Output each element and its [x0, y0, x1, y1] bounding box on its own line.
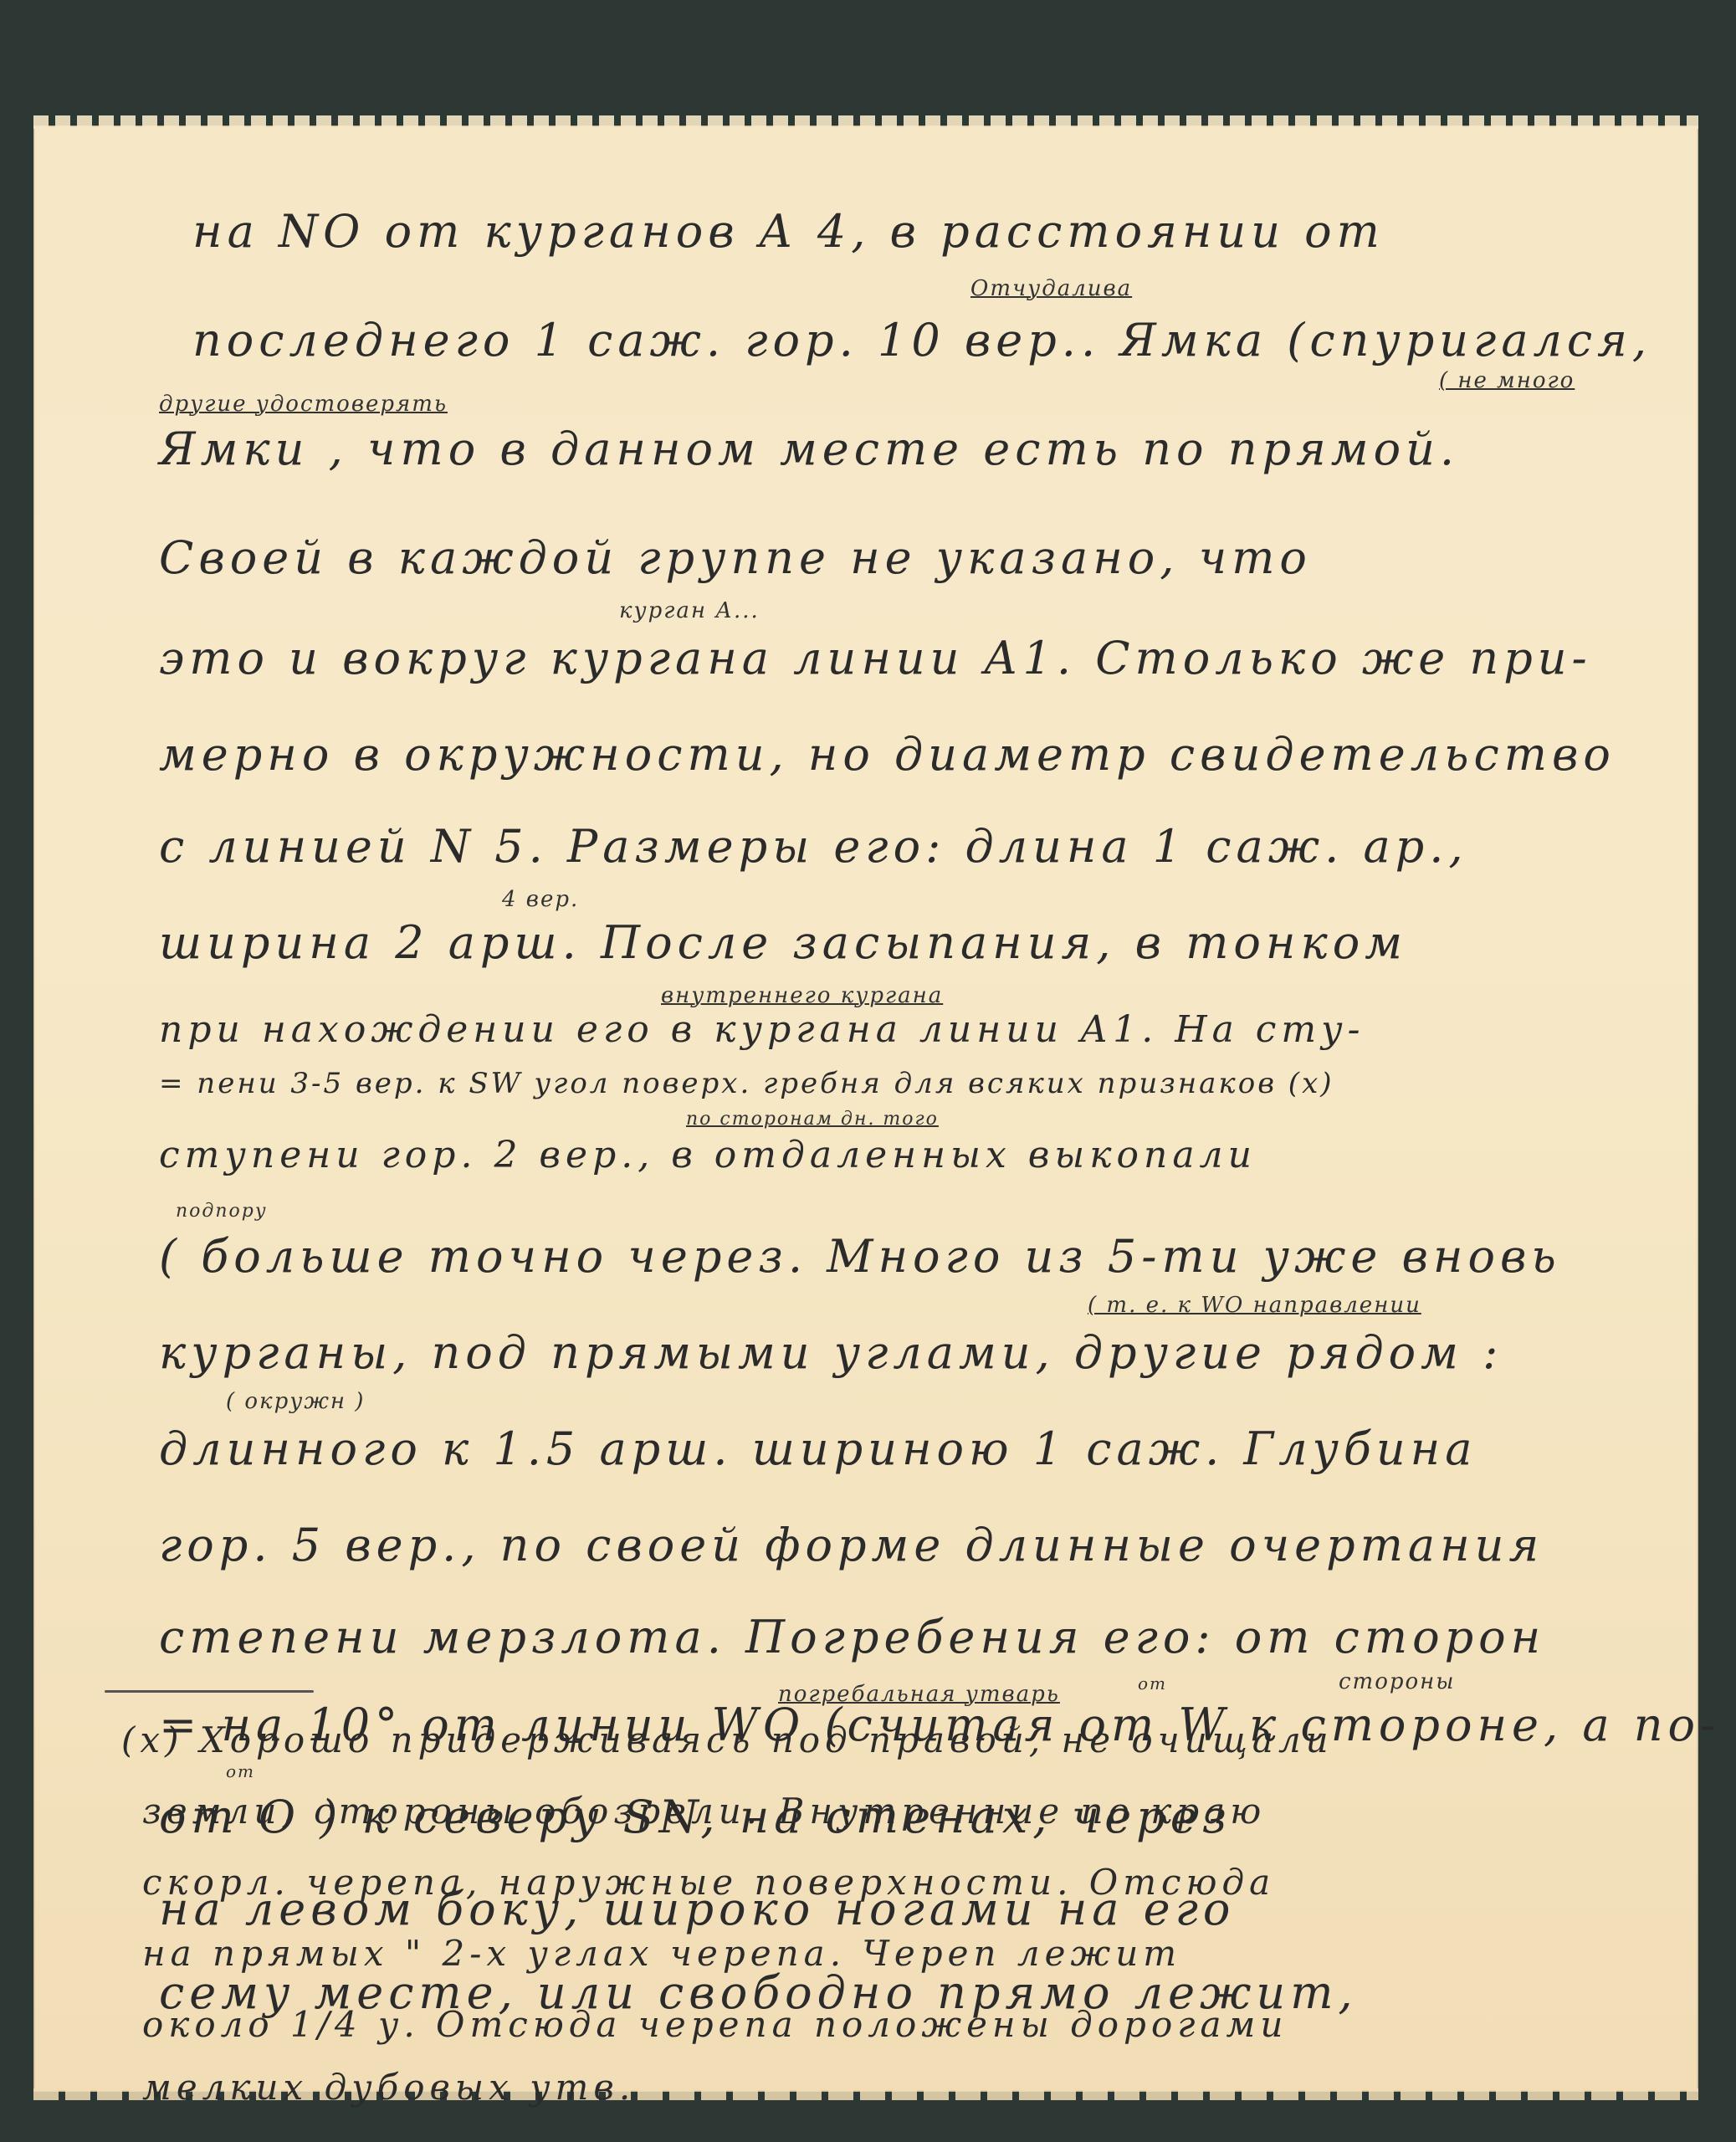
footnote-line: мелких дубовых утв. — [142, 2067, 635, 2108]
footnote-line: (х) Хорошо придерживаясь под правой, не … — [121, 1719, 1334, 1760]
footnote-line: на прямых " 2-х углах черепа. Череп лежи… — [142, 1933, 1181, 1974]
footnote-line: скорл. черепа, наружные поверхности. Отс… — [142, 1862, 1275, 1903]
interlinear-insertion: погребальная утварь — [778, 1682, 1060, 1707]
footnote-line: земли, стороны обозрели. Внутренние по к… — [142, 1791, 1266, 1832]
footnote-rule — [105, 1690, 314, 1693]
footnote-area: погребальная утварь (х) Хорошо придержив… — [33, 126, 1698, 2092]
footnote-line: около 1/4 у. Отсюда черепа положены доро… — [142, 2004, 1288, 2045]
